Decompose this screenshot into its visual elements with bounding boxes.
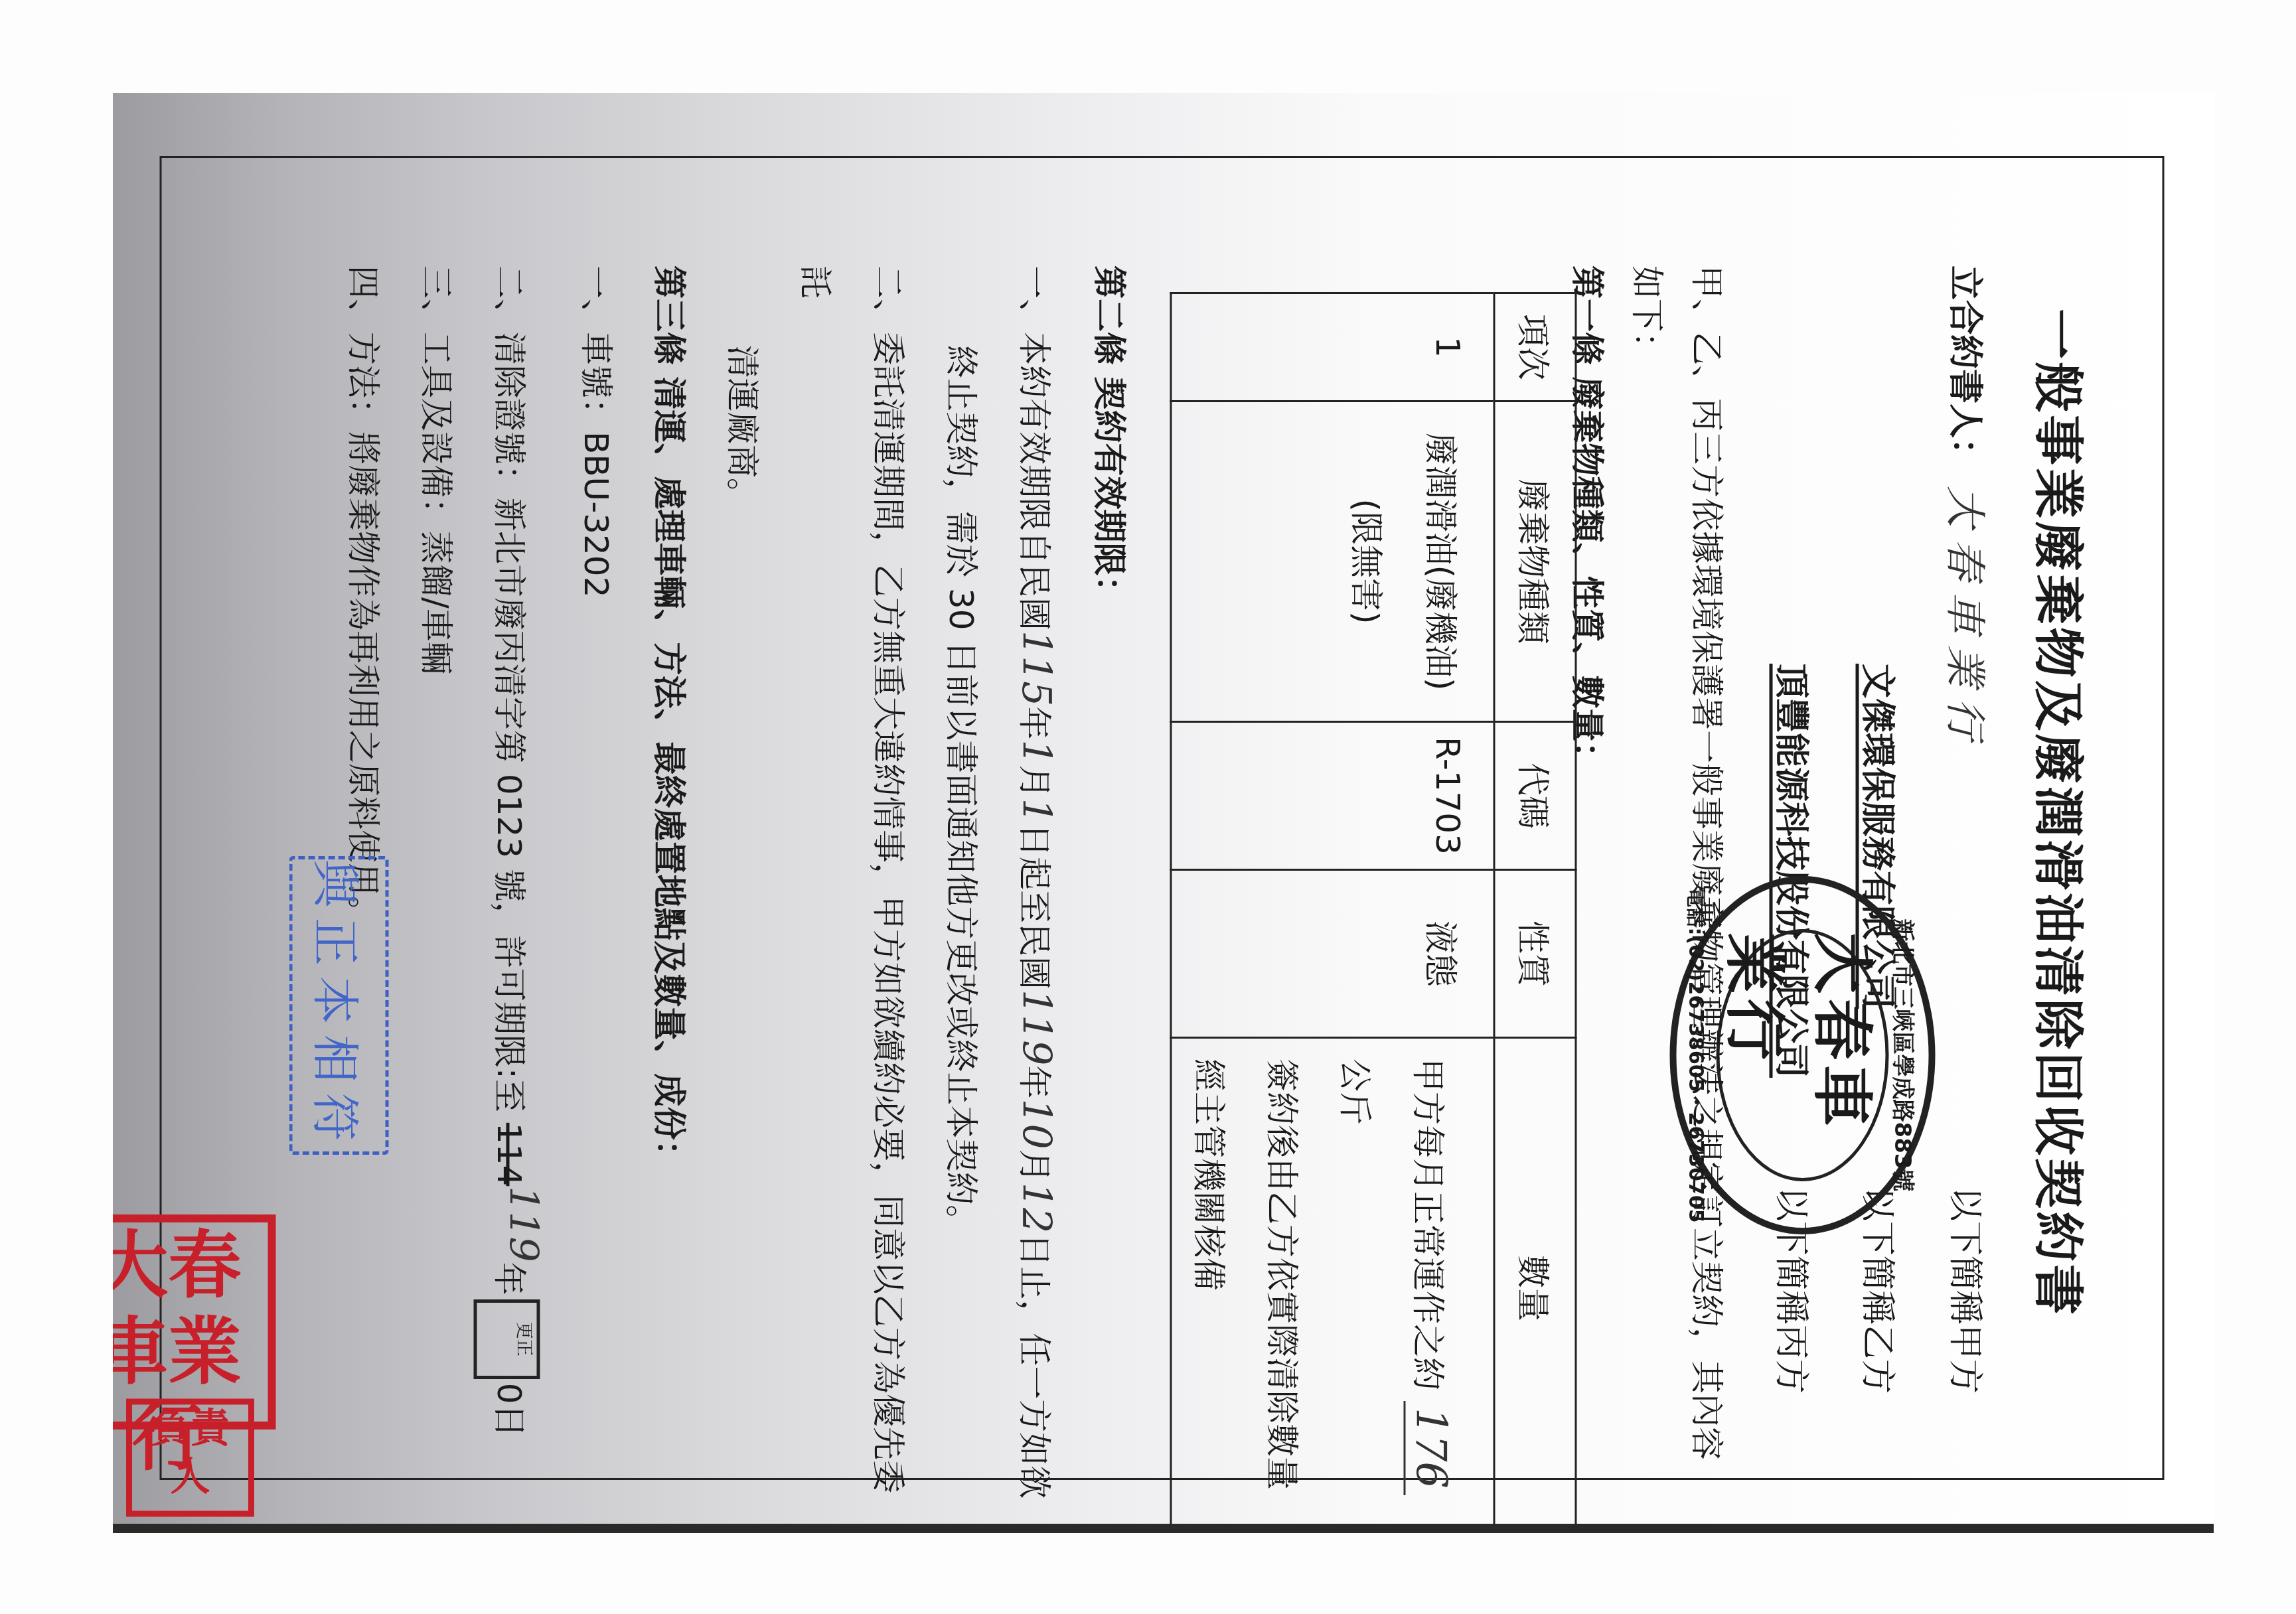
header-item: 項次: [1494, 293, 1576, 402]
signatory-signature: 大春車業行: [1939, 486, 1998, 751]
cell-quantity: 甲方每月正常運作之約 176 公斤 簽約後由乙方依實際清除數量 經主管機關核備: [1171, 1038, 1494, 1534]
article2-clause1-cont: 終止契約，需於 30 日前以書面通知他方更改或終止本契約。: [924, 265, 997, 1513]
article3-heading: 第三條 清運、處理車輛、方法、最終處置地點及數量、成份：: [632, 265, 705, 1513]
cell-nature: 液態: [1171, 870, 1494, 1038]
qty-prefix: 甲方每月正常運作之約: [1408, 1059, 1446, 1390]
header-quantity: 數量: [1494, 1038, 1576, 1534]
qty-unit: 公斤: [1335, 1059, 1373, 1125]
article3-item1: 一、車號：BBU-3202: [559, 265, 632, 1513]
qty-line2: 簽約後由乙方依實際清除數量: [1245, 1059, 1318, 1531]
clause1-text-b: 日起至民國: [1014, 824, 1053, 990]
end-year: 119: [1012, 990, 1059, 1066]
signatory-label: 立合約書人：: [1944, 265, 1993, 473]
intro-text: 甲、乙、丙三方依據環境保護署一般事業廢棄物管理辦法之規定訂立契約，其內容如下：: [1616, 265, 1736, 1460]
qty-line1: 甲方每月正常運作之約 176 公斤: [1318, 1059, 1466, 1531]
correction-seal: 更正: [473, 1299, 540, 1379]
company-red-seal: 大春車業行: [113, 1214, 275, 1430]
qty-line3: 經主管機關核備: [1172, 1059, 1245, 1531]
header-type: 廢棄物種類: [1494, 402, 1576, 722]
qty-value-handwritten: 176: [1403, 1401, 1454, 1495]
article2-clause2-cont: 清運廠商。: [705, 265, 778, 1513]
waste-type: 廢潤滑油(廢機油): [1418, 409, 1466, 714]
table-header-row: 項次 廢棄物種類 代碼 性質 數量: [1494, 293, 1576, 1534]
start-month: 1: [1012, 740, 1059, 765]
articles-block: 第二條 契約有效期限： 一、本約有效期限自民國115年1月1日起至民國119年1…: [326, 265, 1145, 1513]
document-title: 一般事業廢棄物及廢潤滑油清除回收契約書: [2025, 93, 2098, 1533]
article2-heading: 第二條 契約有效期限：: [1072, 265, 1145, 1513]
waste-table: 項次 廢棄物種類 代碼 性質 數量 1 廢潤滑油(廢機油) (限無害) R-17…: [1170, 292, 1576, 1533]
intro-paragraph: 甲、乙、丙三方依據環境保護署一般事業廢棄物管理辦法之規定訂立契約，其內容如下： …: [1557, 265, 1736, 1460]
scanned-page: 一般事業廢棄物及廢潤滑油清除回收契約書 立合約書人： 大春車業行 以下簡稱甲方 …: [113, 93, 2214, 1533]
item2-year-printed: 114: [489, 1123, 528, 1186]
start-day: 1: [1012, 798, 1059, 824]
article2-clause1: 一、本約有效期限自民國115年1月1日起至民國119年10月12日止，任一方如欲: [997, 265, 1072, 1513]
article3-item2: 二、清除證號：新北市廢丙清字第 0123 號，許可期限:至 114119年更正0…: [472, 265, 559, 1513]
end-day: 12: [1012, 1183, 1059, 1233]
signatory-row: 立合約書人： 大春車業行 以下簡稱甲方: [1942, 265, 1995, 1394]
clause1-text-c: 日止，任一方如欲: [1014, 1233, 1053, 1499]
end-month: 10: [1012, 1098, 1059, 1149]
header-nature: 性質: [1494, 870, 1576, 1038]
item2-year-handwritten: 119: [499, 1186, 546, 1262]
certified-copy-stamp: 與正本相符: [289, 856, 388, 1155]
article3-item3: 三、工具及設備：蒸餾/車輛: [399, 265, 472, 1513]
cell-item: 1: [1171, 293, 1494, 402]
item2-text-c: 0日: [489, 1383, 528, 1437]
scan-shadow-edge: [113, 1524, 2214, 1533]
stamp-company-name: 大春車業行: [1716, 929, 1888, 1181]
header-code: 代碼: [1494, 722, 1576, 870]
item2-text-b: 年: [489, 1262, 528, 1295]
clause1-text-a: 一、本約有效期限自民國: [1014, 265, 1053, 630]
cell-code: R-1703: [1171, 722, 1494, 870]
stamp-address: 新北市三峽區學成路883號: [1888, 883, 1920, 1228]
item2-text-a: 二、清除證號：新北市廢丙清字第 0123 號，許可期限:至: [489, 265, 528, 1112]
start-year: 115: [1012, 630, 1059, 707]
cell-type: 廢潤滑油(廢機油) (限無害): [1171, 402, 1494, 722]
table-row: 1 廢潤滑油(廢機油) (限無害) R-1703 液態 甲方每月正常運作之約 1…: [1171, 293, 1494, 1534]
waste-type-note: (限無害): [1344, 409, 1392, 714]
owner-red-seal: 負責人: [126, 1399, 254, 1517]
article2-clause2: 二、委託清運期間，乙方無重大違約情事，甲方如欲續約必要，同意以乙方為優先委託: [778, 265, 924, 1513]
contract-page: 一般事業廢棄物及廢潤滑油清除回收契約書 立合約書人： 大春車業行 以下簡稱甲方 …: [113, 93, 2214, 1533]
party-alias-a: 以下簡稱甲方: [1944, 1187, 1993, 1394]
